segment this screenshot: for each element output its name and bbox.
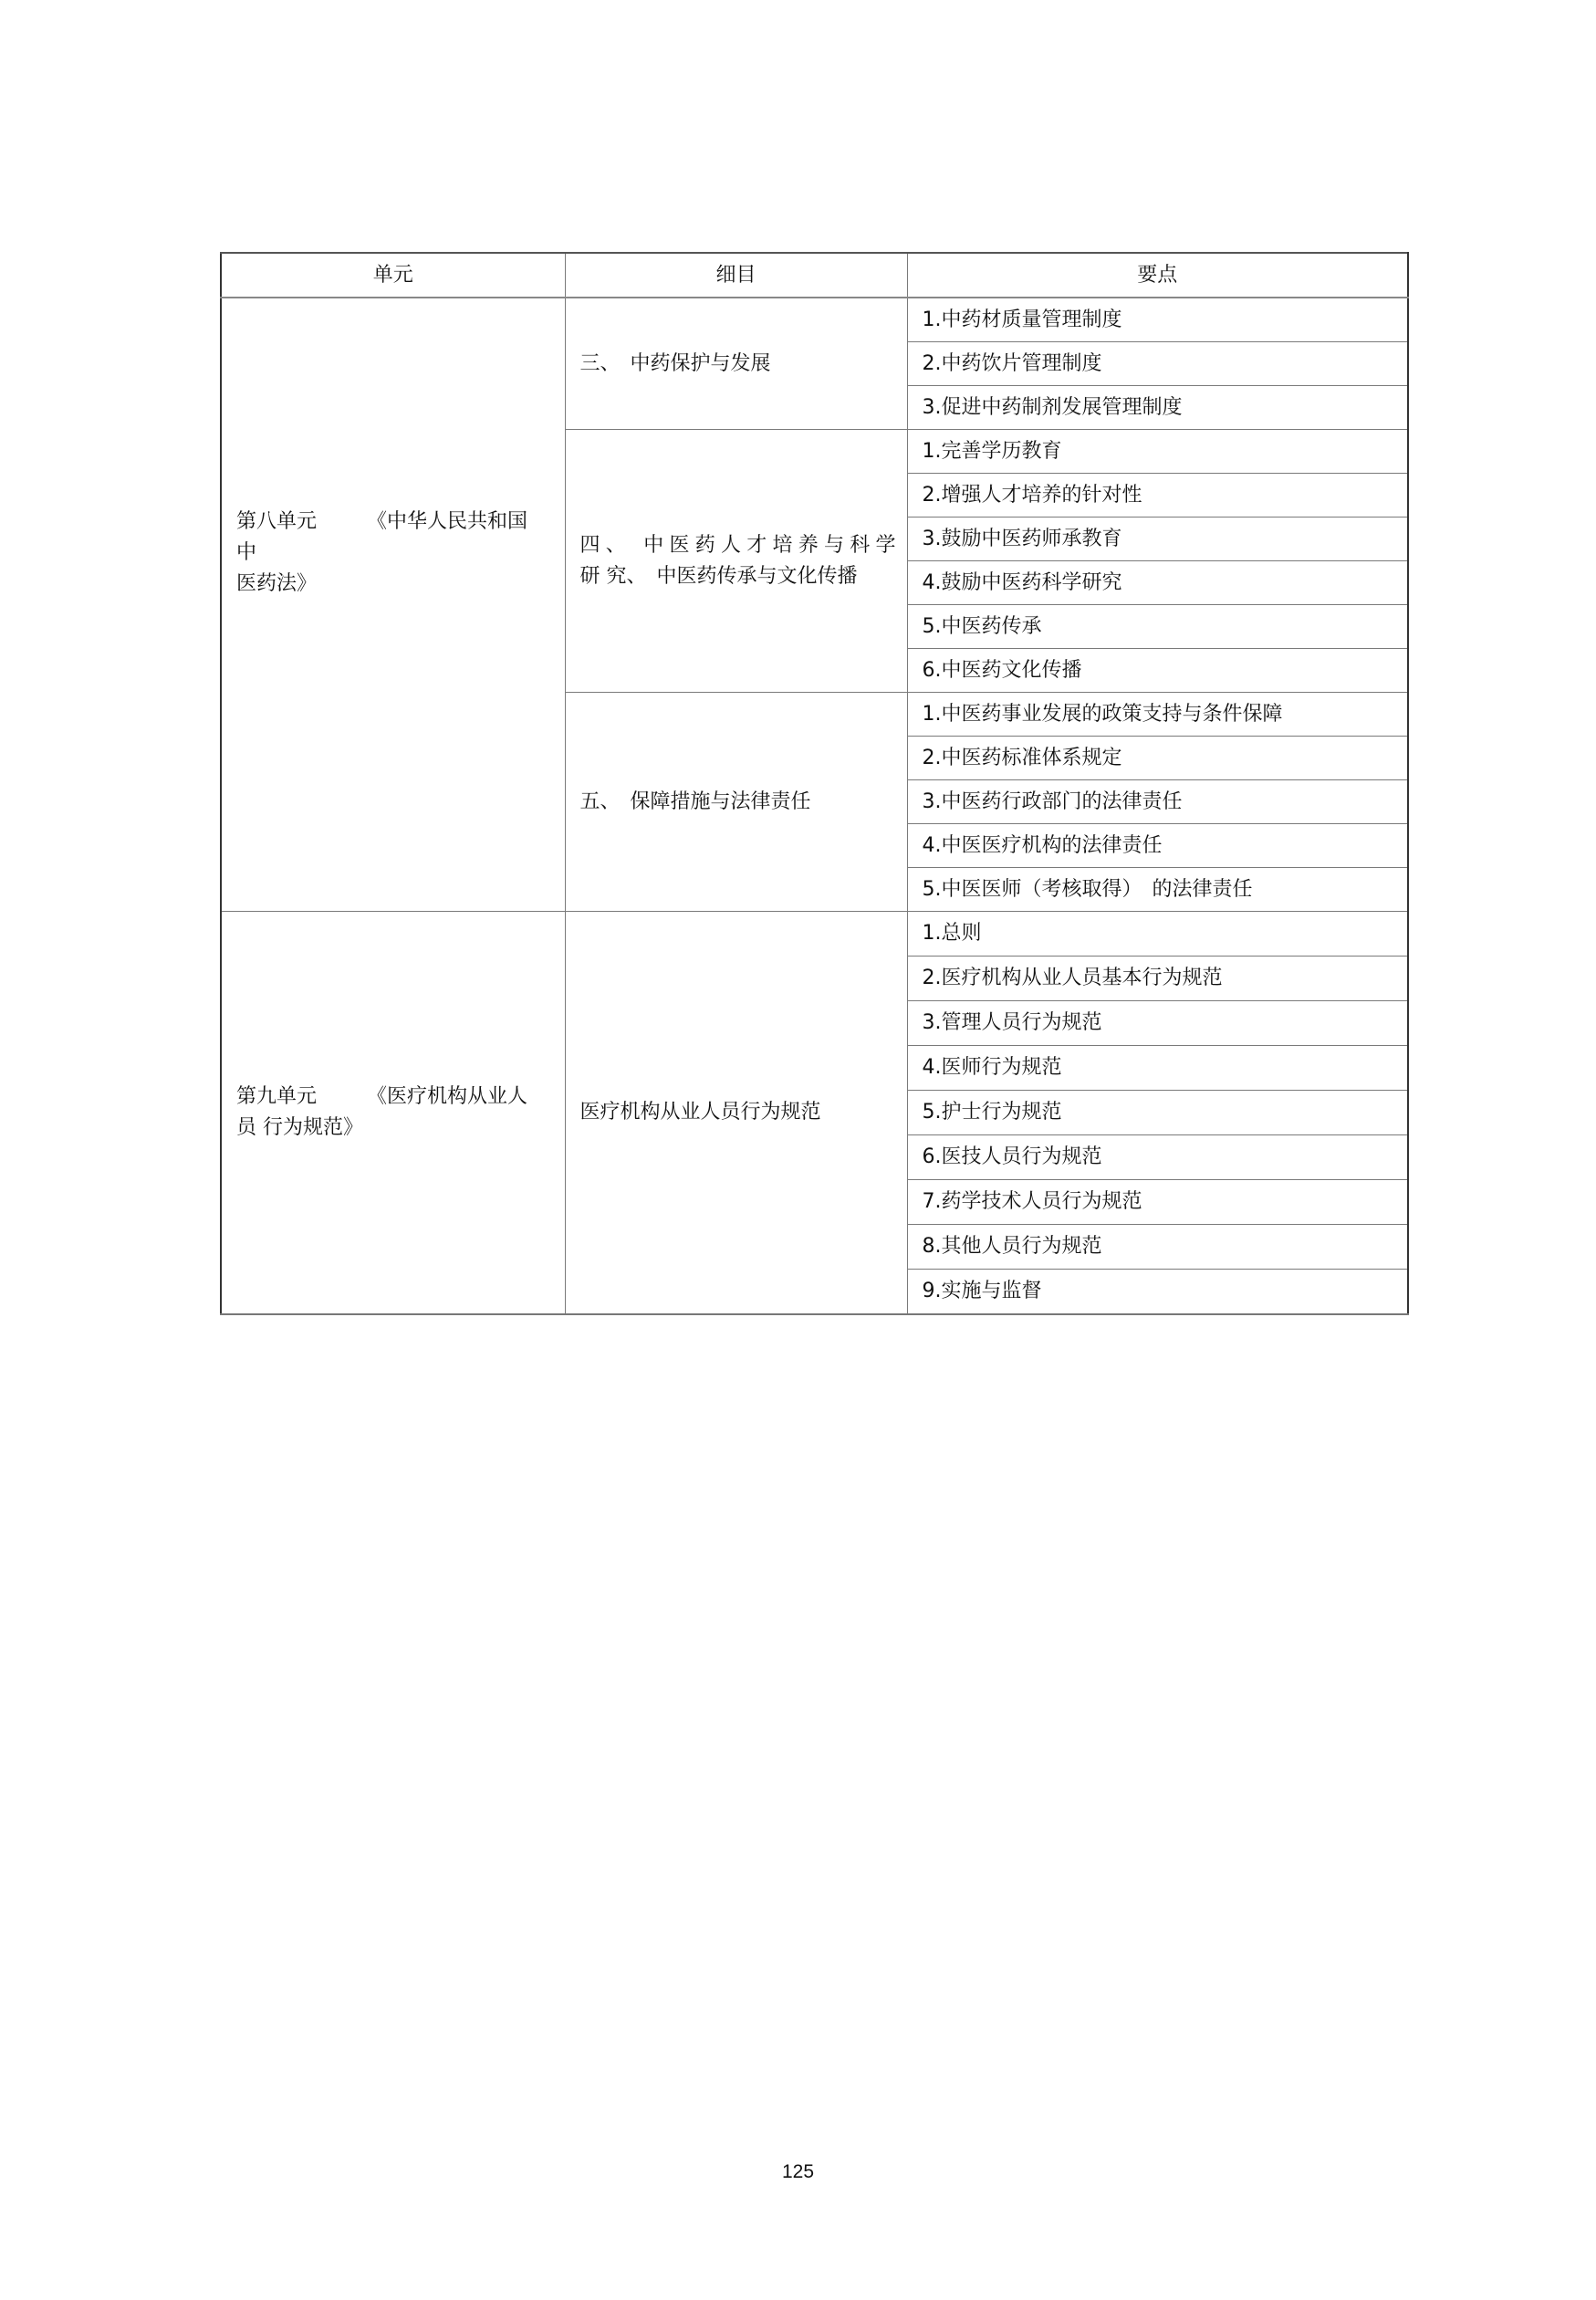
point-cell: 1.中药材质量管理制度 bbox=[907, 298, 1408, 342]
topic-cell-4: 四、 中医药人才培养与科学 研 究、 中医药传承与文化传播 bbox=[565, 430, 907, 693]
point-cell: 4.中医医疗机构的法律责任 bbox=[907, 824, 1408, 868]
point-cell: 2.中医药标准体系规定 bbox=[907, 737, 1408, 780]
topic-cell-5: 五、 保障措施与法律责任 bbox=[565, 693, 907, 912]
point-cell: 1.完善学历教育 bbox=[907, 430, 1408, 474]
unit-8-line-1: 第八单元 《中华人民共和国 bbox=[236, 507, 559, 538]
point-cell: 9.实施与监督 bbox=[907, 1270, 1408, 1315]
point-cell: 3.中医药行政部门的法律责任 bbox=[907, 780, 1408, 824]
point-cell: 8.其他人员行为规范 bbox=[907, 1225, 1408, 1270]
unit-cell-9: 第九单元 《医疗机构从业人 员 行为规范》 bbox=[221, 912, 565, 1315]
table-row: 第九单元 《医疗机构从业人 员 行为规范》 医疗机构从业人员行为规范 1.总则 bbox=[221, 912, 1408, 957]
point-cell: 3.促进中药制剂发展管理制度 bbox=[907, 386, 1408, 430]
unit-9-line-1: 第九单元 《医疗机构从业人 bbox=[236, 1082, 559, 1113]
point-cell: 6.中医药文化传播 bbox=[907, 649, 1408, 693]
point-cell: 4.医师行为规范 bbox=[907, 1046, 1408, 1091]
topic-4-line-1: 四、 中医药人才培养与科学 bbox=[580, 530, 896, 561]
point-cell: 2.增强人才培养的针对性 bbox=[907, 474, 1408, 517]
point-cell: 2.医疗机构从业人员基本行为规范 bbox=[907, 957, 1408, 1001]
header-points: 要点 bbox=[907, 253, 1408, 298]
topic-cell-9: 医疗机构从业人员行为规范 bbox=[565, 912, 907, 1315]
unit-9-line-2: 员 行为规范》 bbox=[236, 1113, 559, 1144]
header-unit: 单元 bbox=[221, 253, 565, 298]
unit-8-line-3: 医药法》 bbox=[236, 569, 559, 600]
point-cell: 5.中医医师（考核取得） 的法律责任 bbox=[907, 868, 1408, 912]
point-cell: 3.鼓励中医药师承教育 bbox=[907, 517, 1408, 561]
point-cell: 1.中医药事业发展的政策支持与条件保障 bbox=[907, 693, 1408, 737]
topic-4-line-2: 研 究、 中医药传承与文化传播 bbox=[580, 561, 896, 592]
topic-cell-3: 三、 中药保护与发展 bbox=[565, 298, 907, 430]
unit-cell-8: 第八单元 《中华人民共和国 中 医药法》 bbox=[221, 298, 565, 912]
point-cell: 1.总则 bbox=[907, 912, 1408, 957]
table-row: 第八单元 《中华人民共和国 中 医药法》 三、 中药保护与发展 1.中药材质量管… bbox=[221, 298, 1408, 342]
table-header-row: 单元 细目 要点 bbox=[221, 253, 1408, 298]
syllabus-table: 单元 细目 要点 第八单元 《中华人民共和国 中 医药法》 三、 中药保护与发展 bbox=[220, 252, 1409, 1315]
header-topic: 细目 bbox=[565, 253, 907, 298]
point-cell: 5.护士行为规范 bbox=[907, 1091, 1408, 1135]
topic-5-line-1: 五、 保障措施与法律责任 bbox=[580, 787, 896, 818]
unit-8-line-2: 中 bbox=[236, 538, 559, 569]
document-page: 单元 细目 要点 第八单元 《中华人民共和国 中 医药法》 三、 中药保护与发展 bbox=[0, 0, 1596, 2300]
topic-3-line-1: 三、 中药保护与发展 bbox=[580, 349, 896, 380]
point-cell: 3.管理人员行为规范 bbox=[907, 1001, 1408, 1046]
topic-9-line-1: 医疗机构从业人员行为规范 bbox=[580, 1097, 896, 1128]
point-cell: 5.中医药传承 bbox=[907, 605, 1408, 649]
point-cell: 7.药学技术人员行为规范 bbox=[907, 1180, 1408, 1225]
point-cell: 6.医技人员行为规范 bbox=[907, 1135, 1408, 1180]
point-cell: 2.中药饮片管理制度 bbox=[907, 342, 1408, 386]
page-number: 125 bbox=[0, 2159, 1596, 2185]
point-cell: 4.鼓励中医药科学研究 bbox=[907, 561, 1408, 605]
